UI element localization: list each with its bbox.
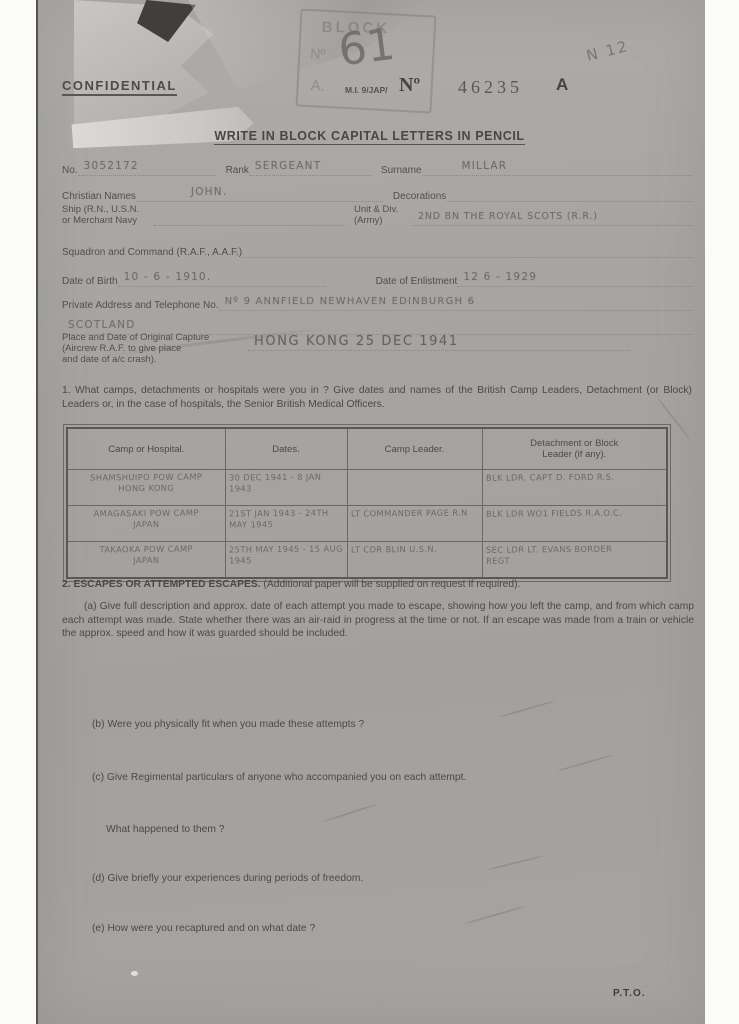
ship-field [154, 224, 344, 226]
surname-label: Surname [381, 165, 422, 176]
table-row: AMAGASAKI POW CAMP JAPAN 21ST JAN 1943 -… [67, 506, 667, 542]
file-reference: M.I. 9/JAP/ [345, 85, 388, 95]
squadron-field [242, 256, 693, 258]
row-address: Private Address and Telephone No. Nº 9 A… [62, 291, 693, 311]
question-2a: (a) Give full description and approx. da… [62, 600, 694, 641]
row-birth-enlistment: Date of Birth 10 - 6 - 1910. Date of Enl… [62, 267, 693, 287]
page-turn-over: P.T.O. [613, 988, 646, 999]
question-2d: (d) Give briefly your experiences during… [92, 872, 692, 886]
leader-cell [351, 471, 479, 472]
christian-names-value: JOHN. [191, 186, 227, 198]
number-value: 3052172 [84, 160, 139, 172]
unit-div-value: 2ND BN THE ROYAL SCOTS (R.R.) [418, 211, 598, 222]
address-label: Private Address and Telephone No. [62, 300, 219, 311]
christian-names-field: JOHN. [136, 182, 383, 202]
confidential-stamp: CONFIDENTIAL [62, 78, 177, 96]
serial-no-label: Nº [399, 74, 420, 97]
col-header-leader: Camp Leader. [347, 428, 482, 470]
question-2-heading: 2. ESCAPES OR ATTEMPTED ESCAPES. (Additi… [62, 578, 692, 592]
question-2-title: 2. ESCAPES OR ATTEMPTED ESCAPES. [62, 579, 261, 590]
surname-field: MILLAR [422, 156, 694, 176]
date-of-birth-field: 10 - 6 - 1910. [118, 267, 326, 287]
surname-value: MILLAR [462, 160, 508, 172]
camp-cell: AMAGASAKI POW CAMP JAPAN [71, 507, 222, 530]
stamp-number-handwritten: 61 [336, 19, 398, 76]
address-field: Nº 9 ANNFIELD NEWHAVEN EDINBURGH 6 [219, 291, 693, 311]
question-2b: (b) Were you physically fit when you mad… [92, 718, 692, 732]
table-row: TAKAOKA POW CAMP JAPAN 25TH MAY 1945 - 1… [67, 542, 667, 579]
decorations-label: Decorations [393, 191, 446, 202]
block-rubber-stamp: BLOCK Nº 61 A. [296, 9, 437, 114]
detachment-cell: BLK LDR. CAPT D. FORD R.S. [485, 471, 663, 484]
row-christian-decorations: Christian Names JOHN. Decorations [62, 182, 693, 202]
leader-cell: LT COMMANDER PAGE R.N [350, 507, 478, 519]
address-value: Nº 9 ANNFIELD NEWHAVEN EDINBURGH 6 [225, 296, 476, 307]
col-header-detachment: Detachment or Block Leader (if any). [482, 428, 667, 470]
col-header-camp: Camp or Hospital. [67, 428, 225, 470]
date-of-birth-value: 10 - 6 - 1910. [124, 271, 212, 283]
dates-cell: 30 DEC 1941 - 8 JAN 1943 [228, 471, 343, 494]
capture-label: Place and Date of Original Capture (Airc… [62, 332, 248, 365]
paper-speck [131, 971, 138, 976]
rank-label: Rank [226, 165, 249, 176]
date-of-enlistment-label: Date of Enlistment [376, 276, 458, 287]
number-field: 3052172 [78, 156, 216, 176]
row-number-rank-surname: No. 3052172 Rank SERGEANT Surname MILLAR [62, 156, 693, 176]
serial-suffix: A [556, 75, 568, 95]
stamp-letter: A. [310, 77, 325, 95]
decorations-field [446, 200, 693, 202]
leader-cell: LT CDR BLIN U.S.N. [350, 543, 478, 555]
date-of-enlistment-field: 12 6 - 1929 [457, 267, 693, 287]
scanned-document: CONFIDENTIAL BLOCK Nº 61 A. M.I. 9/JAP/ … [0, 0, 739, 1024]
camps-table: Camp or Hospital. Dates. Camp Leader. De… [66, 427, 668, 579]
camps-table-header-row: Camp or Hospital. Dates. Camp Leader. De… [67, 428, 667, 470]
unit-div-label: Unit & Div. (Army) [354, 204, 412, 226]
ship-label: Ship (R.N., U.S.N. or Merchant Navy [62, 204, 154, 226]
squadron-label: Squadron and Command (R.A.F., A.A.F.) [62, 247, 242, 258]
row-ship-unit: Ship (R.N., U.S.N. or Merchant Navy Unit… [62, 204, 693, 226]
unit-div-field: 2ND BN THE ROYAL SCOTS (R.R.) [412, 206, 693, 226]
date-of-enlistment-value: 12 6 - 1929 [463, 271, 537, 283]
question-2c: (c) Give Regimental particulars of anyon… [92, 771, 692, 785]
date-of-birth-label: Date of Birth [62, 276, 118, 287]
question-2e: (e) How were you recaptured and on what … [92, 922, 692, 936]
stamp-no-label: Nº [310, 45, 326, 62]
row-squadron: Squadron and Command (R.A.F., A.A.F.) [62, 247, 693, 258]
question-1: 1. What camps, detachments or hospitals … [62, 384, 692, 411]
number-label: No. [62, 165, 78, 176]
detachment-cell: SEC LDR LT. EVANS BORDER REGT [485, 543, 663, 567]
col-header-dates: Dates. [225, 428, 347, 470]
form-title: WRITE IN BLOCK CAPITAL LETTERS IN PENCIL [0, 127, 739, 145]
christian-names-label: Christian Names [62, 191, 136, 202]
table-row: SHAMSHUIPO POW CAMP HONG KONG 30 DEC 194… [67, 470, 667, 506]
capture-field: HONG KONG 25 DEC 1941 [248, 332, 630, 351]
rank-field: SERGEANT [249, 156, 371, 176]
serial-number: 46235 [458, 77, 523, 98]
address-value-line2: SCOTLAND [68, 319, 136, 331]
camp-cell: TAKAOKA POW CAMP JAPAN [71, 543, 222, 566]
camp-cell: SHAMSHUIPO POW CAMP HONG KONG [71, 471, 222, 494]
dates-cell: 25TH MAY 1945 - 15 AUG 1945 [228, 543, 343, 566]
row-capture: Place and Date of Original Capture (Airc… [62, 332, 693, 365]
rank-value: SERGEANT [255, 160, 321, 172]
question-2-note: (Additional paper will be supplied on re… [263, 579, 520, 590]
dates-cell: 21ST JAN 1943 - 24TH MAY 1945 [228, 507, 343, 530]
capture-value: HONG KONG 25 DEC 1941 [254, 334, 459, 349]
question-2c-followup: What happened to them ? [106, 823, 666, 837]
detachment-cell: BLK LDR WO1 FIELDS R.A.O.C. [485, 507, 663, 520]
